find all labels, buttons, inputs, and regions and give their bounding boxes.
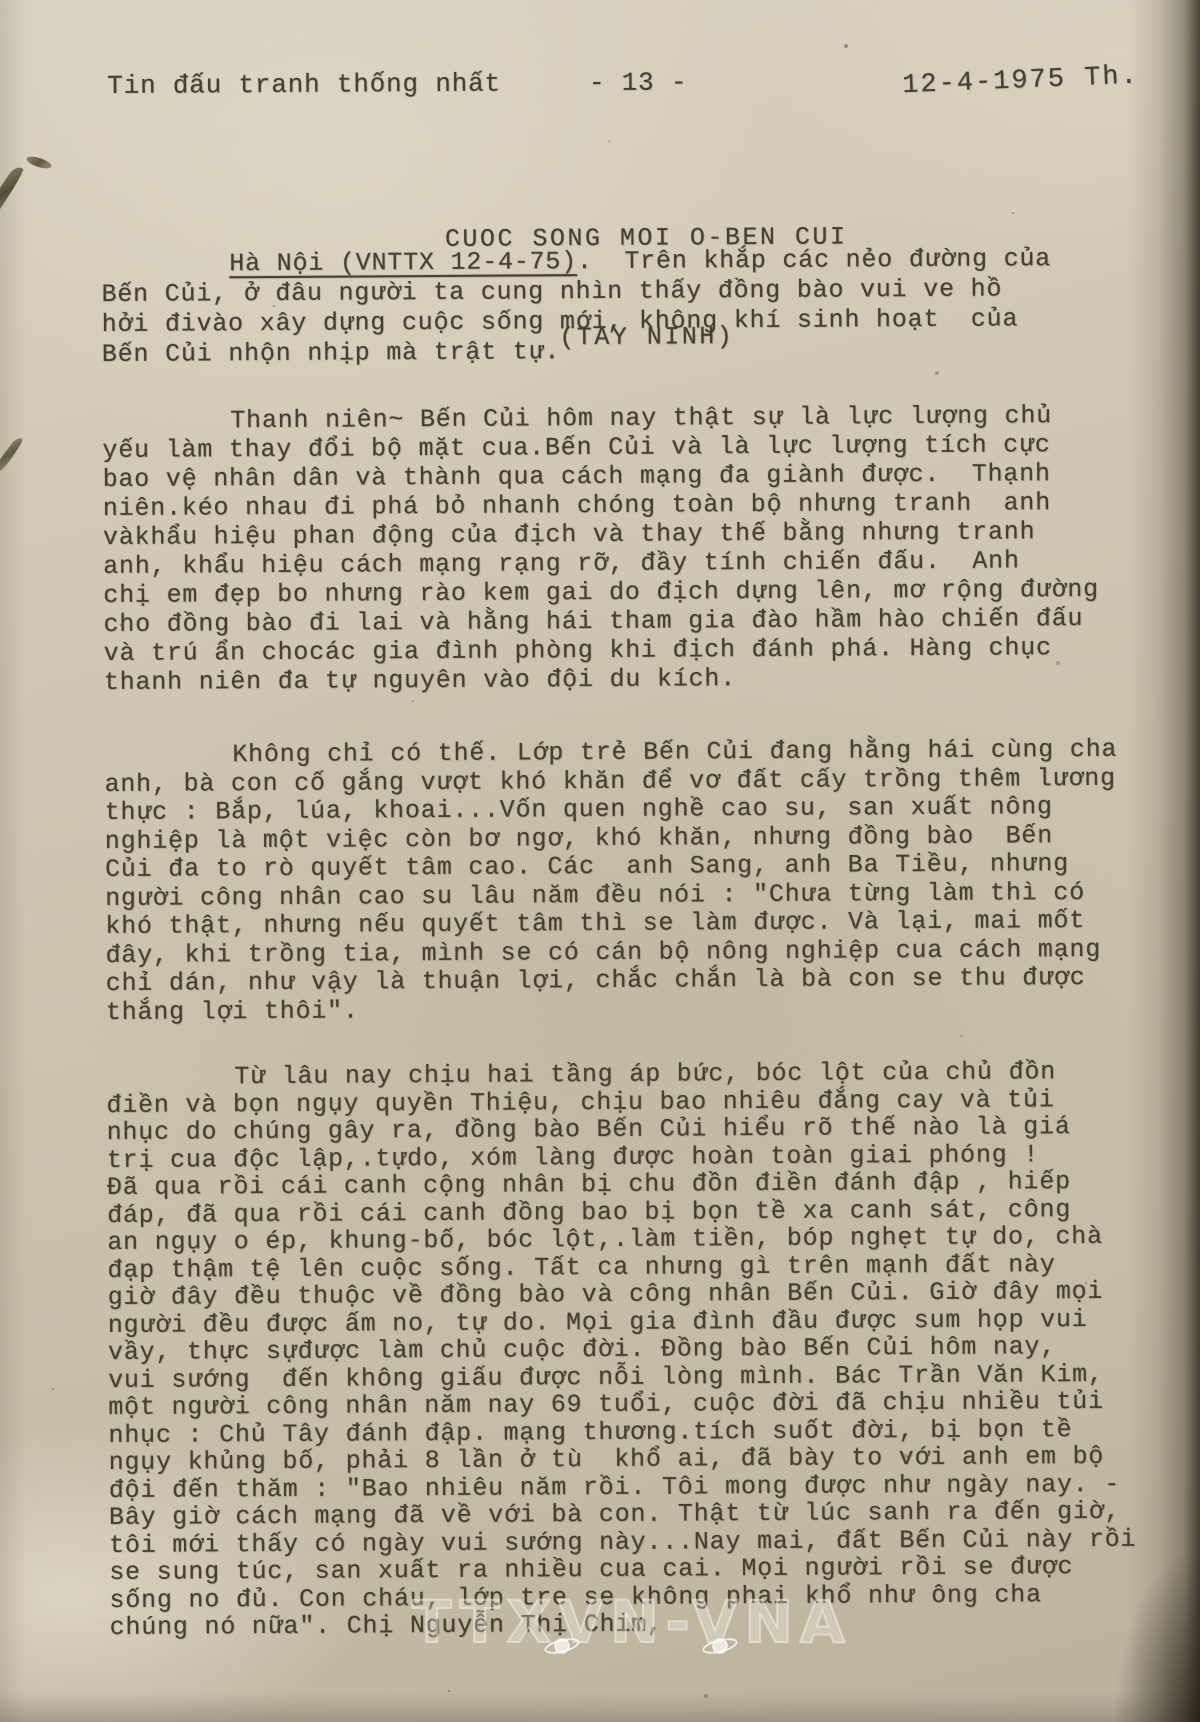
scanned-document-page: Tin đấu tranh thống nhất - 13 - 12-4-197…	[0, 0, 1200, 1722]
page-left-edge-shading	[0, 0, 26, 1722]
paragraph-1: Hà Nội (VNTTX 12-4-75). Trên khắp các nẻ…	[101, 244, 1051, 370]
page-header: Tin đấu tranh thống nhất - 13 - 12-4-197…	[107, 65, 1139, 102]
series-title: Tin đấu tranh thống nhất	[107, 69, 501, 101]
page-corner-shadow	[1080, 1462, 1200, 1722]
paragraph-4: Từ lâu nay chịu hai tầng áp bức, bóc lột…	[106, 1058, 1137, 1642]
dateline: Hà Nội (VNTTX 12-4-75)	[229, 247, 577, 278]
page-bottom-edge-shading	[0, 1692, 1200, 1722]
typewritten-content: Tin đấu tranh thống nhất - 13 - 12-4-197…	[0, 0, 1200, 1722]
paragraph-2: Thanh niên~ Bến Củi hôm nay thật sự là l…	[102, 401, 1099, 697]
date-annotation: 12-4-1975 Th.	[902, 62, 1140, 102]
page-number: - 13 -	[589, 67, 688, 98]
paragraph-3: Không chỉ có thế. Lớp trẻ Bến Củi đang h…	[104, 736, 1119, 1027]
